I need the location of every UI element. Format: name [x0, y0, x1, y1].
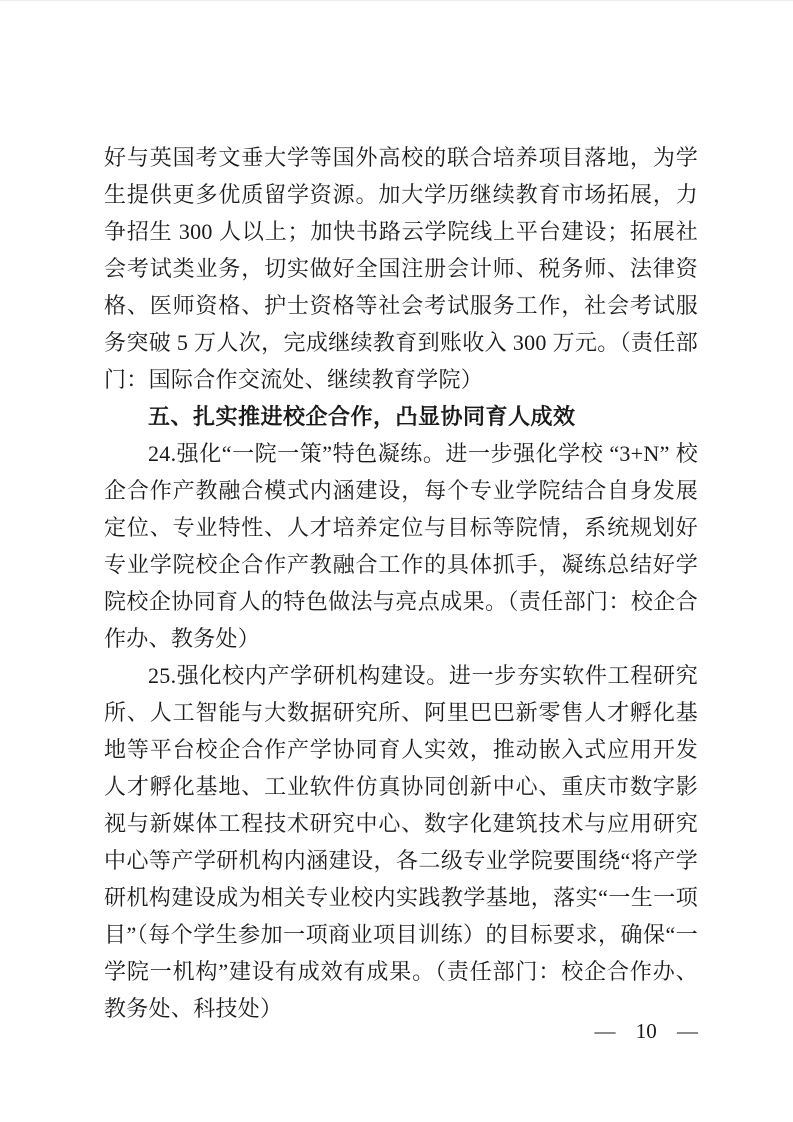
page-body: 好与英国考文垂大学等国外高校的联合培养项目落地，为学生提供更多优质留学资源。加大… [104, 139, 698, 1027]
page-number: — 10 — [595, 1019, 699, 1043]
paragraph-item-25: 25.强化校内产学研机构建设。进一步夯实软件工程研究所、人工智能与大数据研究所、… [104, 657, 698, 1027]
paragraph-continuation: 好与英国考文垂大学等国外高校的联合培养项目落地，为学生提供更多优质留学资源。加大… [104, 139, 698, 398]
document-page: 好与英国考文垂大学等国外高校的联合培养项目落地，为学生提供更多优质留学资源。加大… [0, 0, 793, 1122]
paragraph-item-24: 24.强化“一院一策”特色凝练。进一步强化学校 “3+N” 校企合作产教融合模式… [104, 435, 698, 657]
page-footer: — 10 — [104, 1016, 698, 1046]
section-heading: 五、扎实推进校企合作，凸显协同育人成效 [104, 398, 698, 435]
